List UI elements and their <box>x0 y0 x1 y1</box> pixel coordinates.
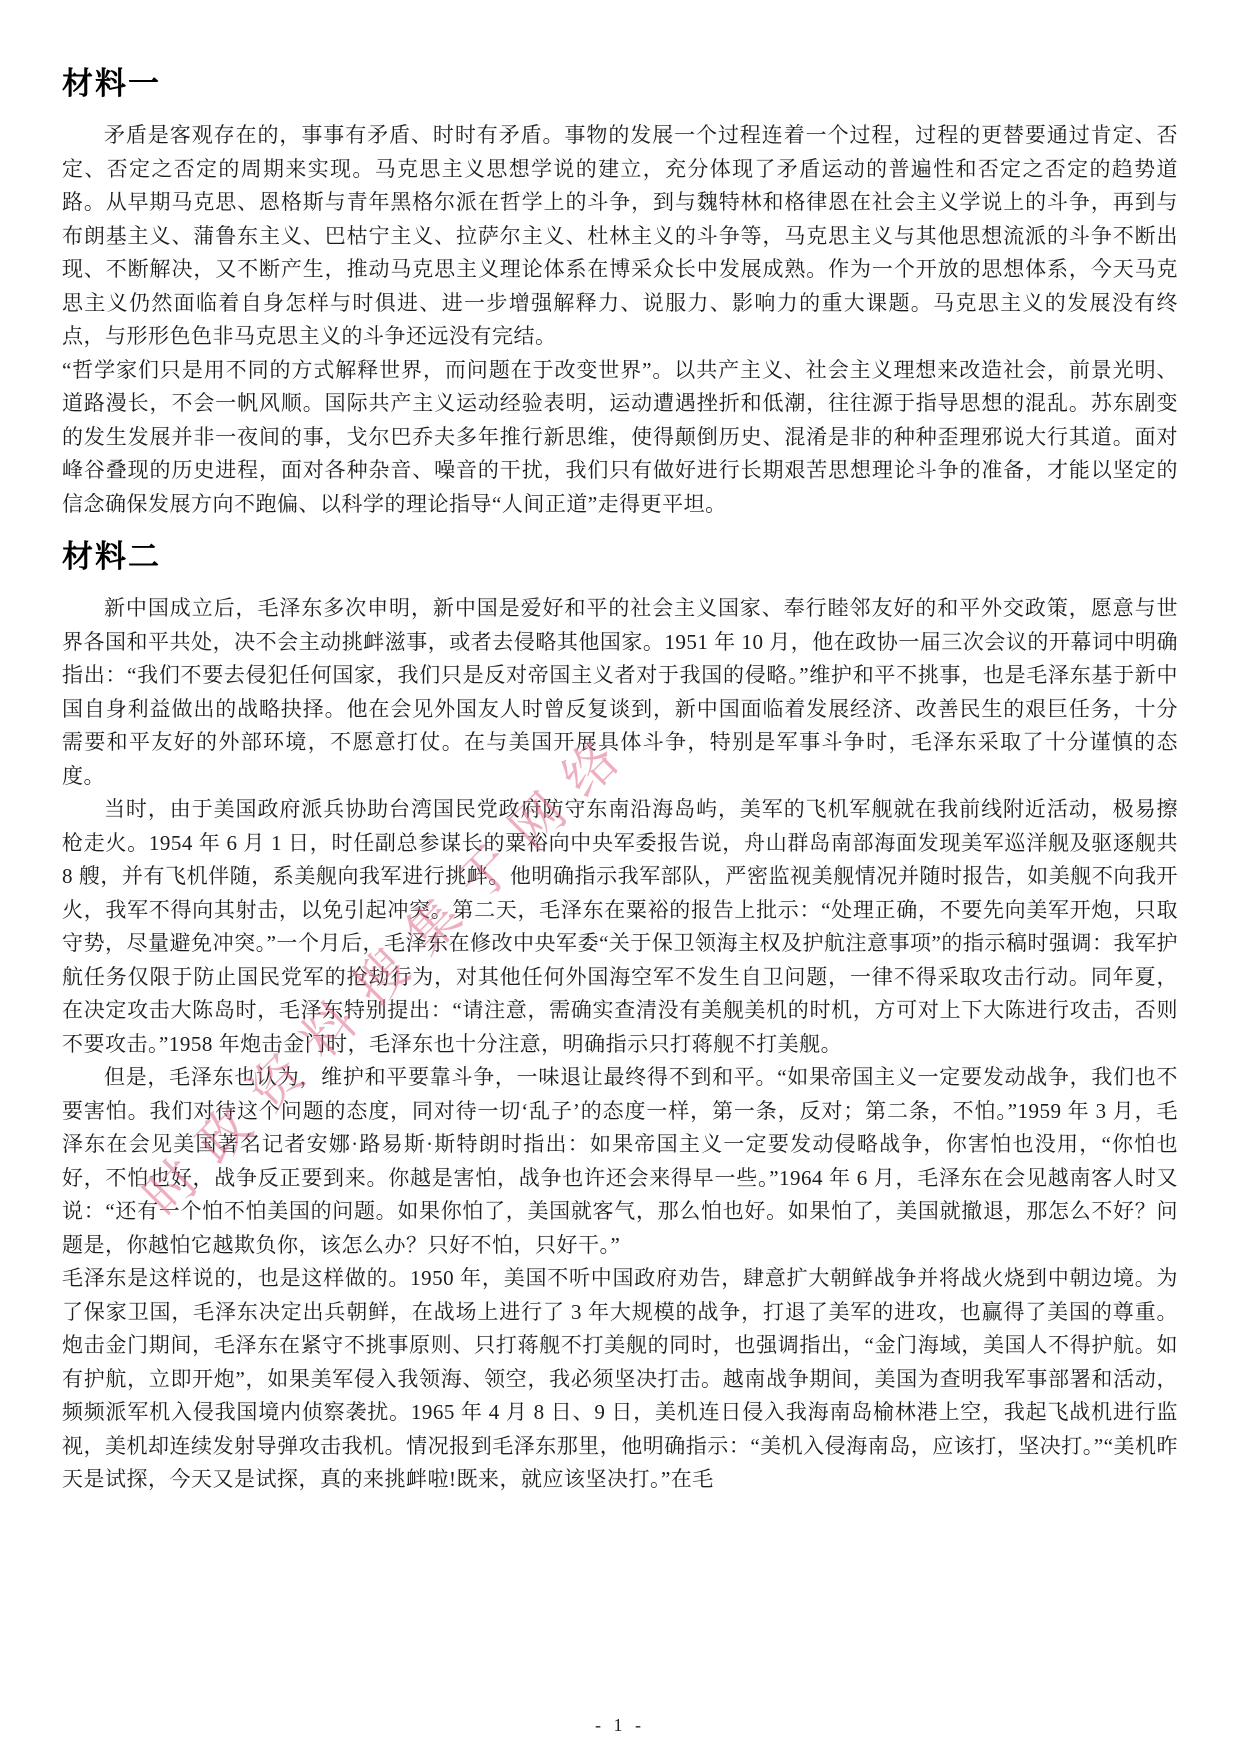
material-2-paragraph-2: 当时，由于美国政府派兵协助台湾国民党政府防守东南沿海岛屿，美军的飞机军舰就在我前… <box>62 793 1178 1061</box>
section-heading-material-2: 材料二 <box>62 531 1178 576</box>
material-2-paragraph-1: 新中国成立后，毛泽东多次申明，新中国是爱好和平的社会主义国家、奉行睦邻友好的和平… <box>62 592 1178 793</box>
material-1-paragraph-1: 矛盾是客观存在的，事事有矛盾、时时有矛盾。事物的发展一个过程连着一个过程，过程的… <box>62 119 1178 354</box>
page-number: - 1 - <box>0 1715 1240 1736</box>
document-page: 材料一 矛盾是客观存在的，事事有矛盾、时时有矛盾。事物的发展一个过程连着一个过程… <box>0 0 1240 1754</box>
material-2-paragraph-4: 毛泽东是这样说的，也是这样做的。1950 年，美国不听中国政府劝告，肆意扩大朝鲜… <box>62 1262 1178 1497</box>
material-2-paragraph-3: 但是，毛泽东也认为，维护和平要靠斗争，一味退让最终得不到和平。“如果帝国主义一定… <box>62 1061 1178 1262</box>
material-1-paragraph-2: “哲学家们只是用不同的方式解释世界，而问题在于改变世界”。以共产主义、社会主义理… <box>62 354 1178 522</box>
section-heading-material-1: 材料一 <box>62 58 1178 103</box>
